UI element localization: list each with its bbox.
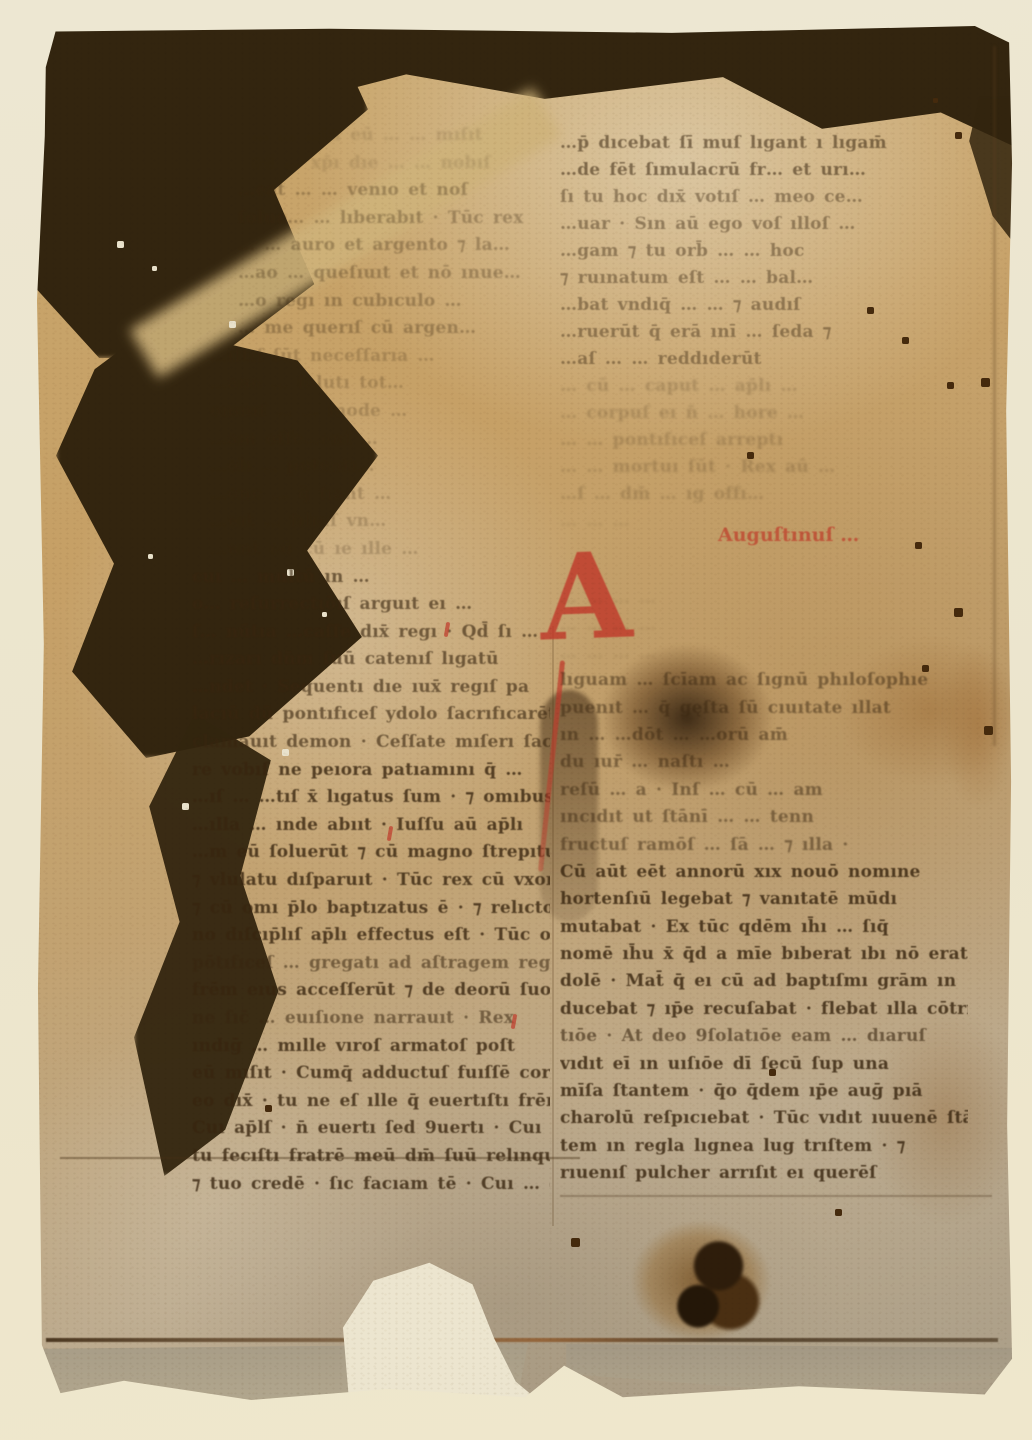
parchment-leaf: … … …ta eū … … mıſıtad … xp̄ı dıe … … no… <box>36 26 1014 1400</box>
parchment-texture <box>36 26 1014 1400</box>
